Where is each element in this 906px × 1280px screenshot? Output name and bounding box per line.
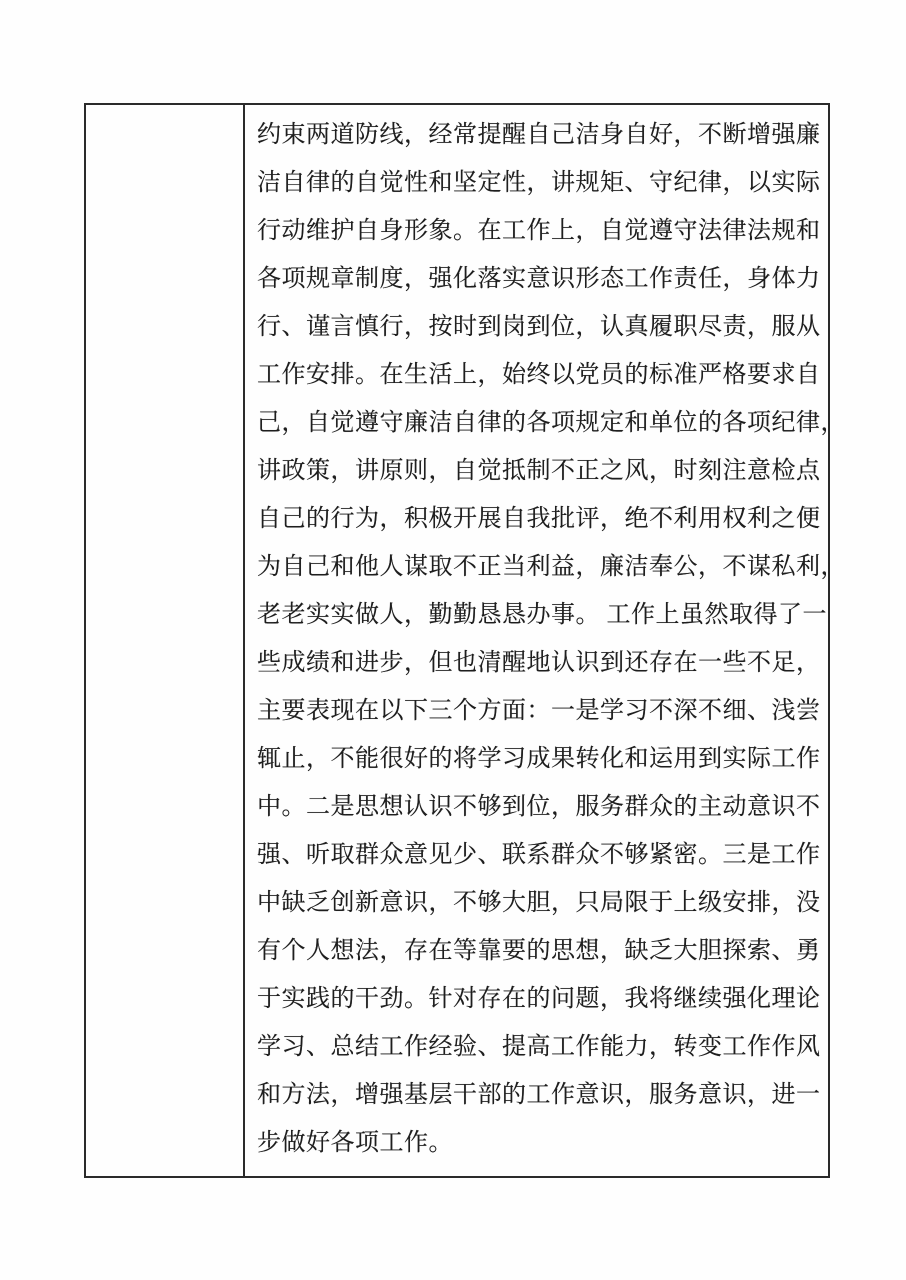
text-line: 讲政策，讲原则，自觉抵制不正之风，时刻注意检点	[257, 447, 824, 495]
text-line: 行、谨言慎行，按时到岗到位，认真履职尽责，服从	[257, 303, 824, 351]
text-line: 中。二是思想认识不够到位，服务群众的主动意识不	[257, 783, 824, 831]
table-content-cell: 约束两道防线，经常提醒自己洁身自好，不断增强廉 洁自律的自觉性和坚定性，讲规矩、…	[245, 105, 828, 1176]
scanned-document-page: 约束两道防线，经常提醒自己洁身自好，不断增强廉 洁自律的自觉性和坚定性，讲规矩、…	[0, 0, 906, 1280]
content-table: 约束两道防线，经常提醒自己洁身自好，不断增强廉 洁自律的自觉性和坚定性，讲规矩、…	[84, 103, 830, 1178]
text-line: 辄止，不能很好的将学习成果转化和运用到实际工作	[257, 735, 824, 783]
text-line: 和方法，增强基层干部的工作意识，服务意识，进一	[257, 1071, 824, 1119]
text-line: 自己的行为，积极开展自我批评，绝不利用权利之便	[257, 495, 824, 543]
text-line: 强、听取群众意见少、联系群众不够紧密。三是工作	[257, 831, 824, 879]
text-line: 己，自觉遵守廉洁自律的各项规定和单位的各项纪律，	[257, 399, 824, 447]
text-line: 为自己和他人谋取不正当利益，廉洁奉公，不谋私利，	[257, 543, 824, 591]
text-line: 中缺乏创新意识，不够大胆，只局限于上级安排，没	[257, 879, 824, 927]
text-line: 有个人想法，存在等靠要的思想，缺乏大胆探索、勇	[257, 927, 824, 975]
text-line: 主要表现在以下三个方面：一是学习不深不细、浅尝	[257, 687, 824, 735]
text-line: 学习、总结工作经验、提高工作能力，转变工作作风	[257, 1023, 824, 1071]
table-label-cell	[86, 105, 245, 1176]
text-line: 于实践的干劲。针对存在的问题，我将继续强化理论	[257, 975, 824, 1023]
text-line: 各项规章制度，强化落实意识形态工作责任，身体力	[257, 255, 824, 303]
text-line: 步做好各项工作。	[257, 1119, 824, 1167]
text-line: 老老实实做人，勤勤恳恳办事。 工作上虽然取得了一	[257, 591, 824, 639]
text-line: 些成绩和进步，但也清醒地认识到还存在一些不足，	[257, 639, 824, 687]
text-line: 工作安排。在生活上，始终以党员的标准严格要求自	[257, 351, 824, 399]
text-line: 行动维护自身形象。在工作上，自觉遵守法律法规和	[257, 207, 824, 255]
text-line: 约束两道防线，经常提醒自己洁身自好，不断增强廉	[257, 111, 824, 159]
text-line: 洁自律的自觉性和坚定性，讲规矩、守纪律，以实际	[257, 159, 824, 207]
